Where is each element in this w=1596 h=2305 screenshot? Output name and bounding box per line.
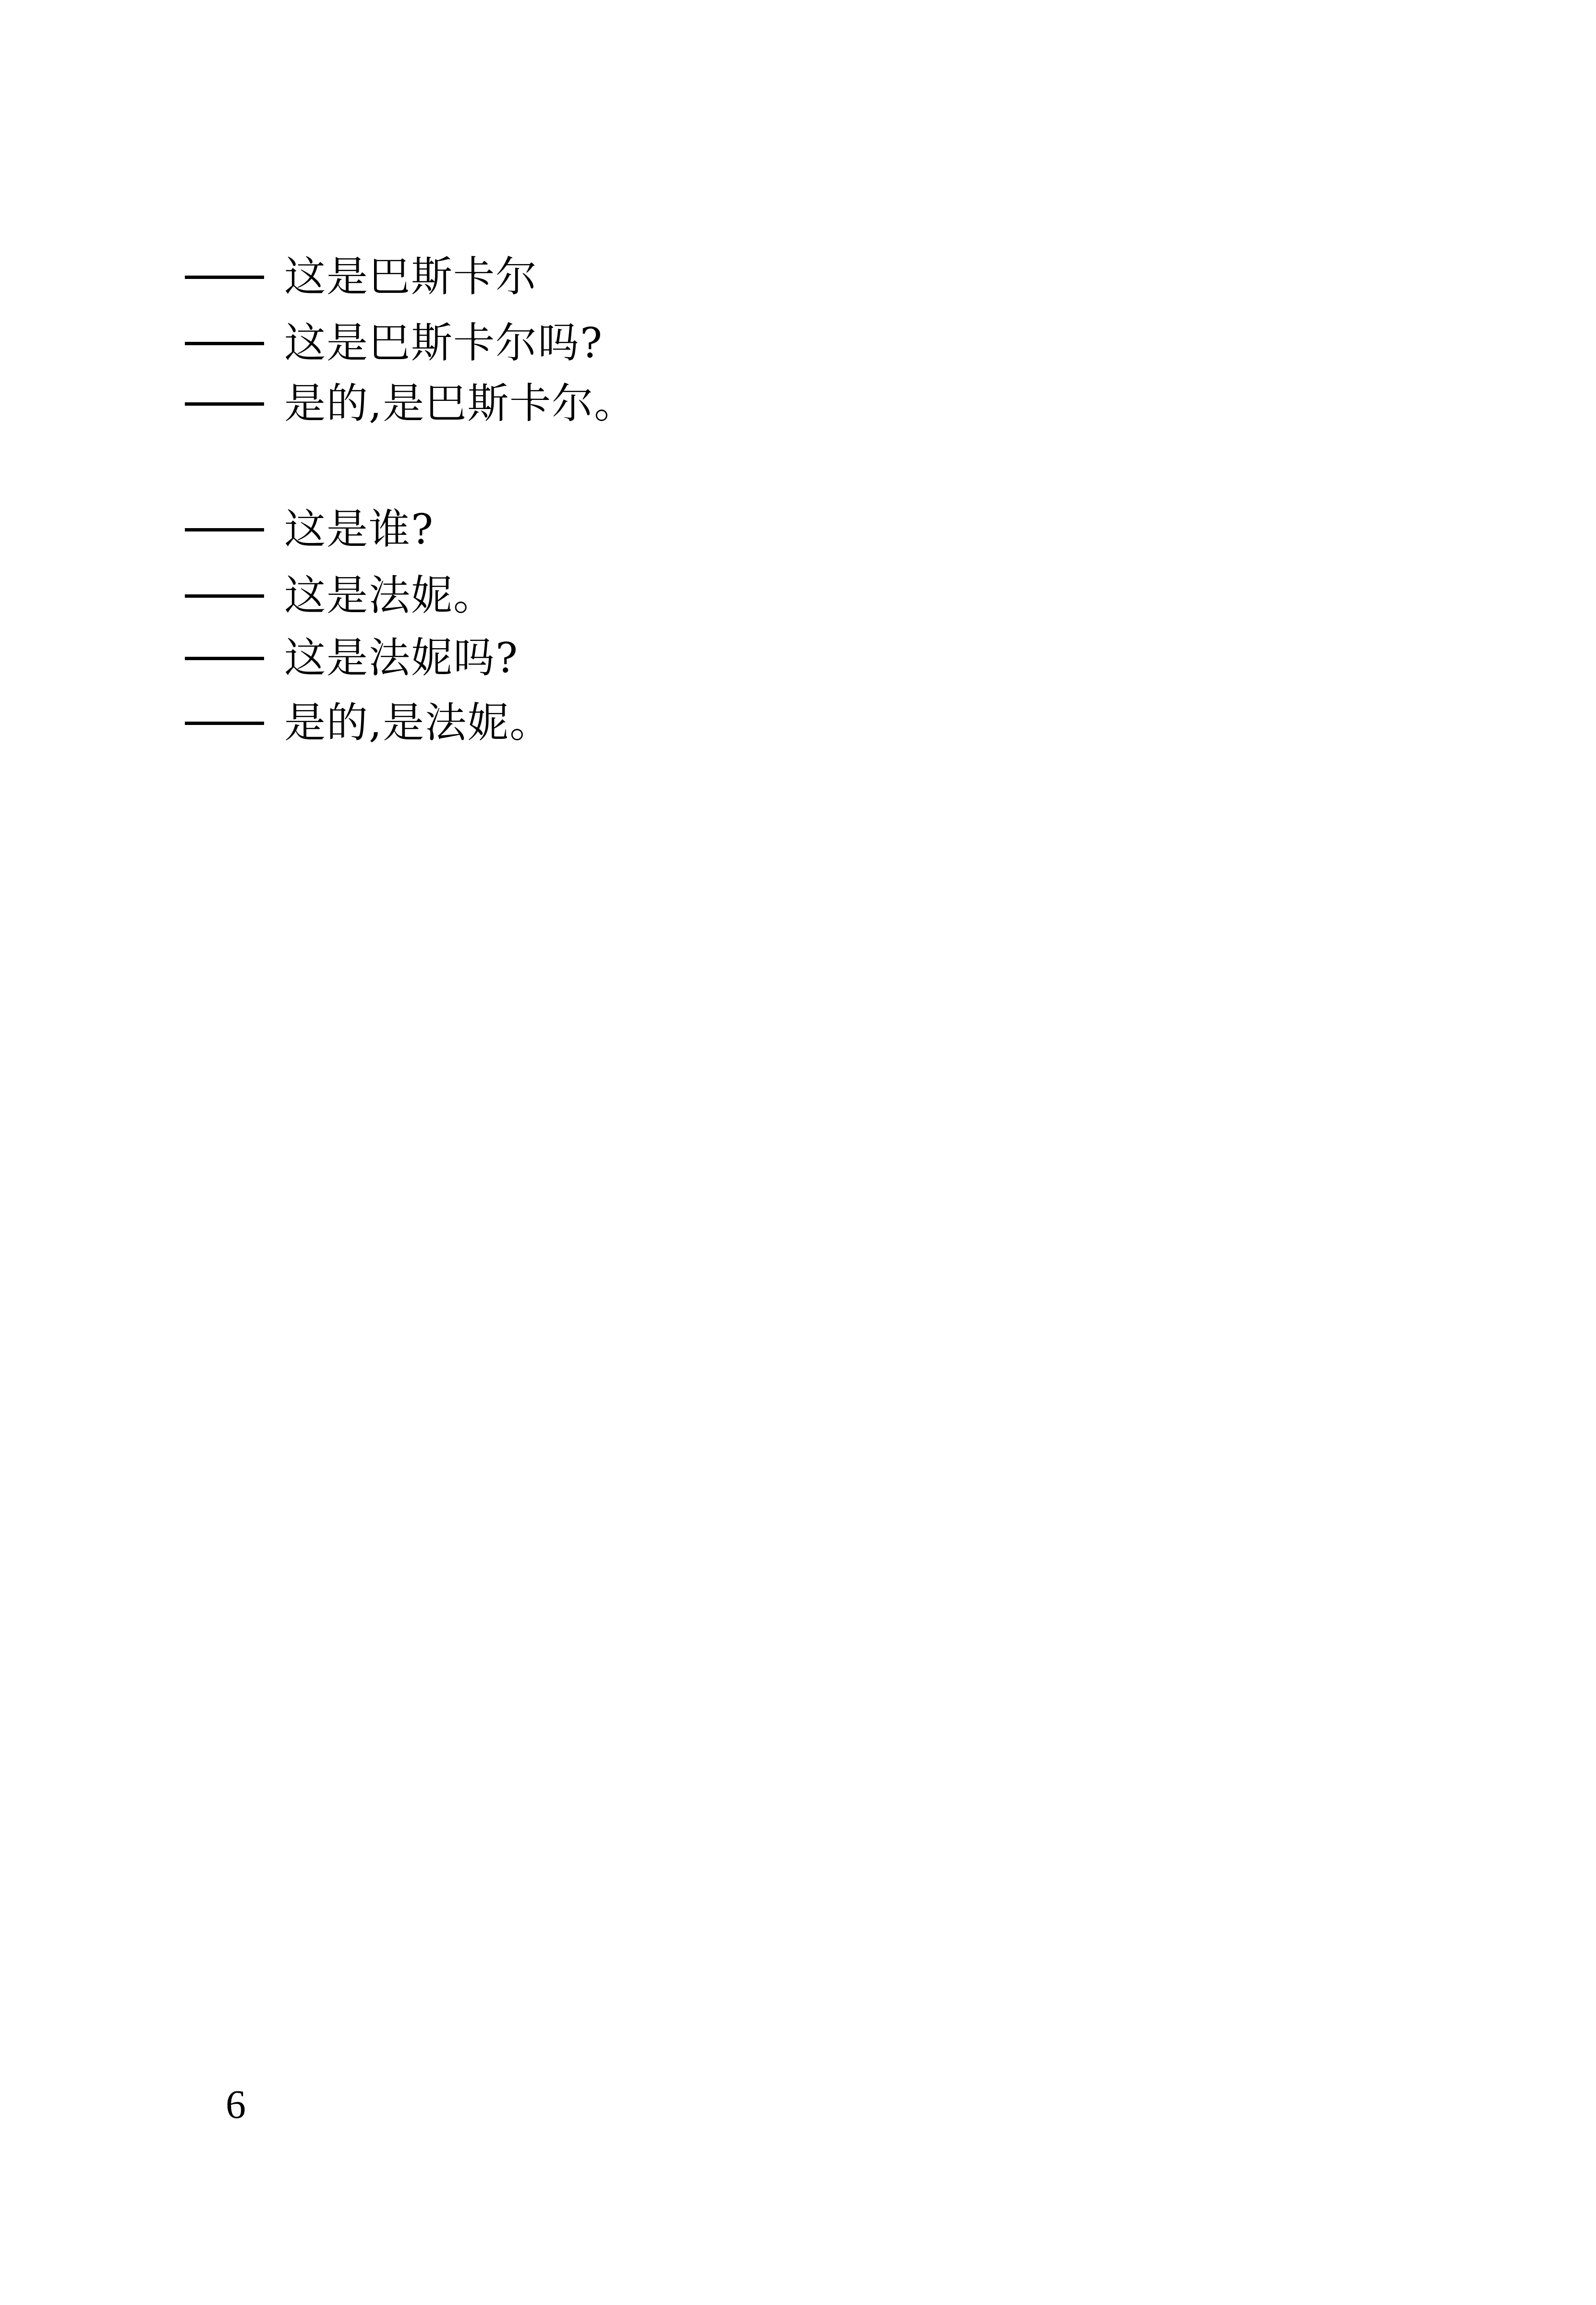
dialogue-text: 这是法妮。 — [284, 569, 496, 622]
document-page: 这是巴斯卡尔 这是巴斯卡尔吗? 是的,是巴斯卡尔。 这是谁? 这是法妮。 这是法… — [0, 0, 1596, 2305]
dialogue-text: 这是谁? — [284, 503, 434, 556]
dialogue-line: 这是巴斯卡尔吗? — [185, 317, 603, 370]
dialogue-text: 是的,是法妮。 — [284, 697, 552, 749]
em-dash — [185, 594, 264, 598]
em-dash — [185, 276, 264, 279]
dialogue-line: 是的,是法妮。 — [185, 697, 552, 749]
em-dash — [185, 342, 264, 345]
dialogue-line: 这是法妮。 — [185, 569, 496, 622]
dialogue-text: 是的,是巴斯卡尔。 — [284, 377, 636, 430]
dialogue-text: 这是法妮吗? — [284, 632, 519, 685]
em-dash — [185, 657, 264, 660]
em-dash — [185, 402, 264, 406]
dialogue-line: 是的,是巴斯卡尔。 — [185, 377, 636, 430]
dialogue-text: 这是巴斯卡尔 — [284, 251, 538, 303]
dialogue-line: 这是法妮吗? — [185, 632, 519, 685]
dialogue-line: 这是谁? — [185, 503, 434, 556]
page-number: 6 — [226, 2081, 246, 2129]
em-dash — [185, 722, 264, 725]
dialogue-line: 这是巴斯卡尔 — [185, 251, 538, 303]
em-dash — [185, 528, 264, 531]
dialogue-text: 这是巴斯卡尔吗? — [284, 317, 603, 370]
